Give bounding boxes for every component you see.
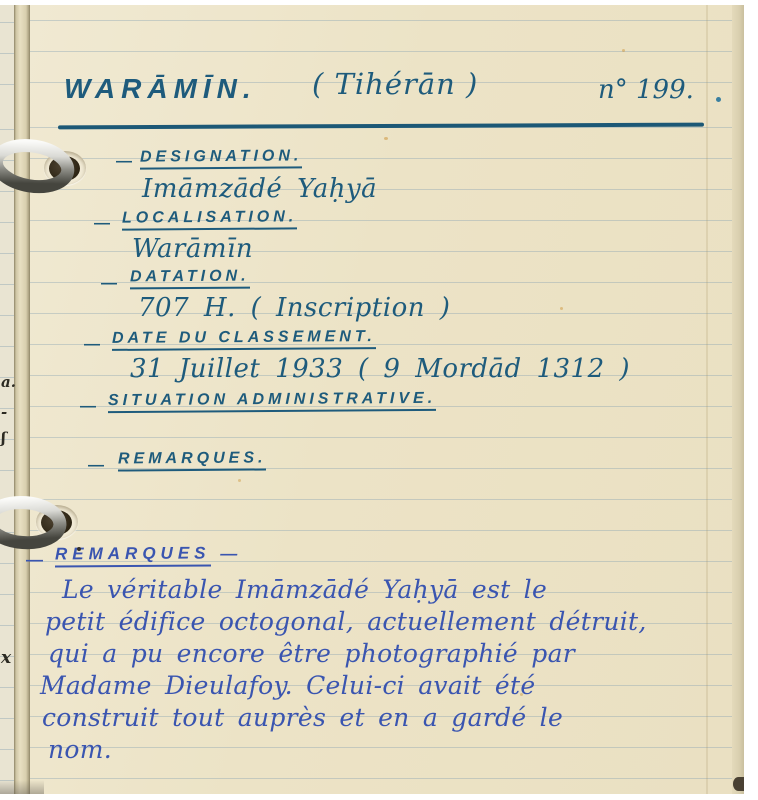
record-number: n° 199. (598, 75, 694, 105)
page-title-location: ( Tihérān ) (312, 67, 478, 101)
section-label-localisation: LOCALISATION. (122, 208, 297, 230)
margin-mark: - (1, 403, 7, 421)
section-dash: — (116, 153, 132, 171)
remarks-dash: — (26, 550, 43, 570)
ring-glimpse (733, 777, 744, 791)
page-spine-fold (14, 5, 30, 794)
section-dash: — (84, 336, 100, 354)
page-title: WARĀMĪN. (64, 73, 257, 105)
remarks-line: construit tout auprès et en a gardé le (42, 703, 563, 732)
ink-dot (716, 97, 721, 102)
paper-speck (560, 307, 563, 310)
section-label-situation-administrative: SITUATION ADMINISTRATIVE. (108, 390, 436, 413)
scanned-notebook-page: a. - ʃ x (0, 0, 758, 800)
section-dash: — (88, 457, 104, 475)
dark-speck (77, 547, 81, 551)
margin-mark: a. (1, 373, 16, 391)
designation-value: Imāmzādé Yaḥyā (142, 174, 377, 204)
paper-speck (238, 479, 241, 482)
section-label-datation: DATATION. (130, 268, 250, 290)
remarks-heading-trailing-dash: — (220, 544, 242, 563)
under-page-edge (0, 5, 14, 794)
datation-value: 707 H. ( Inscription ) (138, 293, 450, 323)
date-classement-value: 31 Juillet 1933 ( 9 Mordād 1312 ) (130, 354, 630, 384)
paper-speck (622, 49, 625, 52)
bottom-shadow (0, 780, 44, 794)
margin-mark: x (1, 648, 11, 668)
section-dash: — (80, 398, 96, 416)
notebook-photo: a. - ʃ x (0, 5, 744, 794)
remarks-line: petit édifice octogonal, actuellement dé… (45, 607, 647, 636)
margin-mark: ʃ (1, 429, 6, 447)
paper-speck (384, 137, 388, 140)
remarks-line: nom. (48, 735, 112, 764)
section-label-designation: DESIGNATION. (140, 147, 302, 169)
paper-speck (520, 693, 523, 696)
section-label-remarques: REMARQUES. (118, 449, 266, 471)
page-right-edge (732, 5, 744, 794)
remarks-line: Le véritable Imāmzādé Yaḥyā est le (62, 575, 547, 604)
remarks-line: qui a pu encore être photographié par (48, 639, 575, 668)
section-label-date-du-classement: DATE DU CLASSEMENT. (112, 328, 376, 351)
page-right-crease (706, 5, 708, 794)
section-dash: — (94, 215, 110, 233)
section-dash: — (101, 275, 117, 293)
localisation-value: Warāmīn (132, 234, 253, 264)
remarks-line: Madame Dieulafoy. Celui-ci avait été (40, 671, 535, 700)
